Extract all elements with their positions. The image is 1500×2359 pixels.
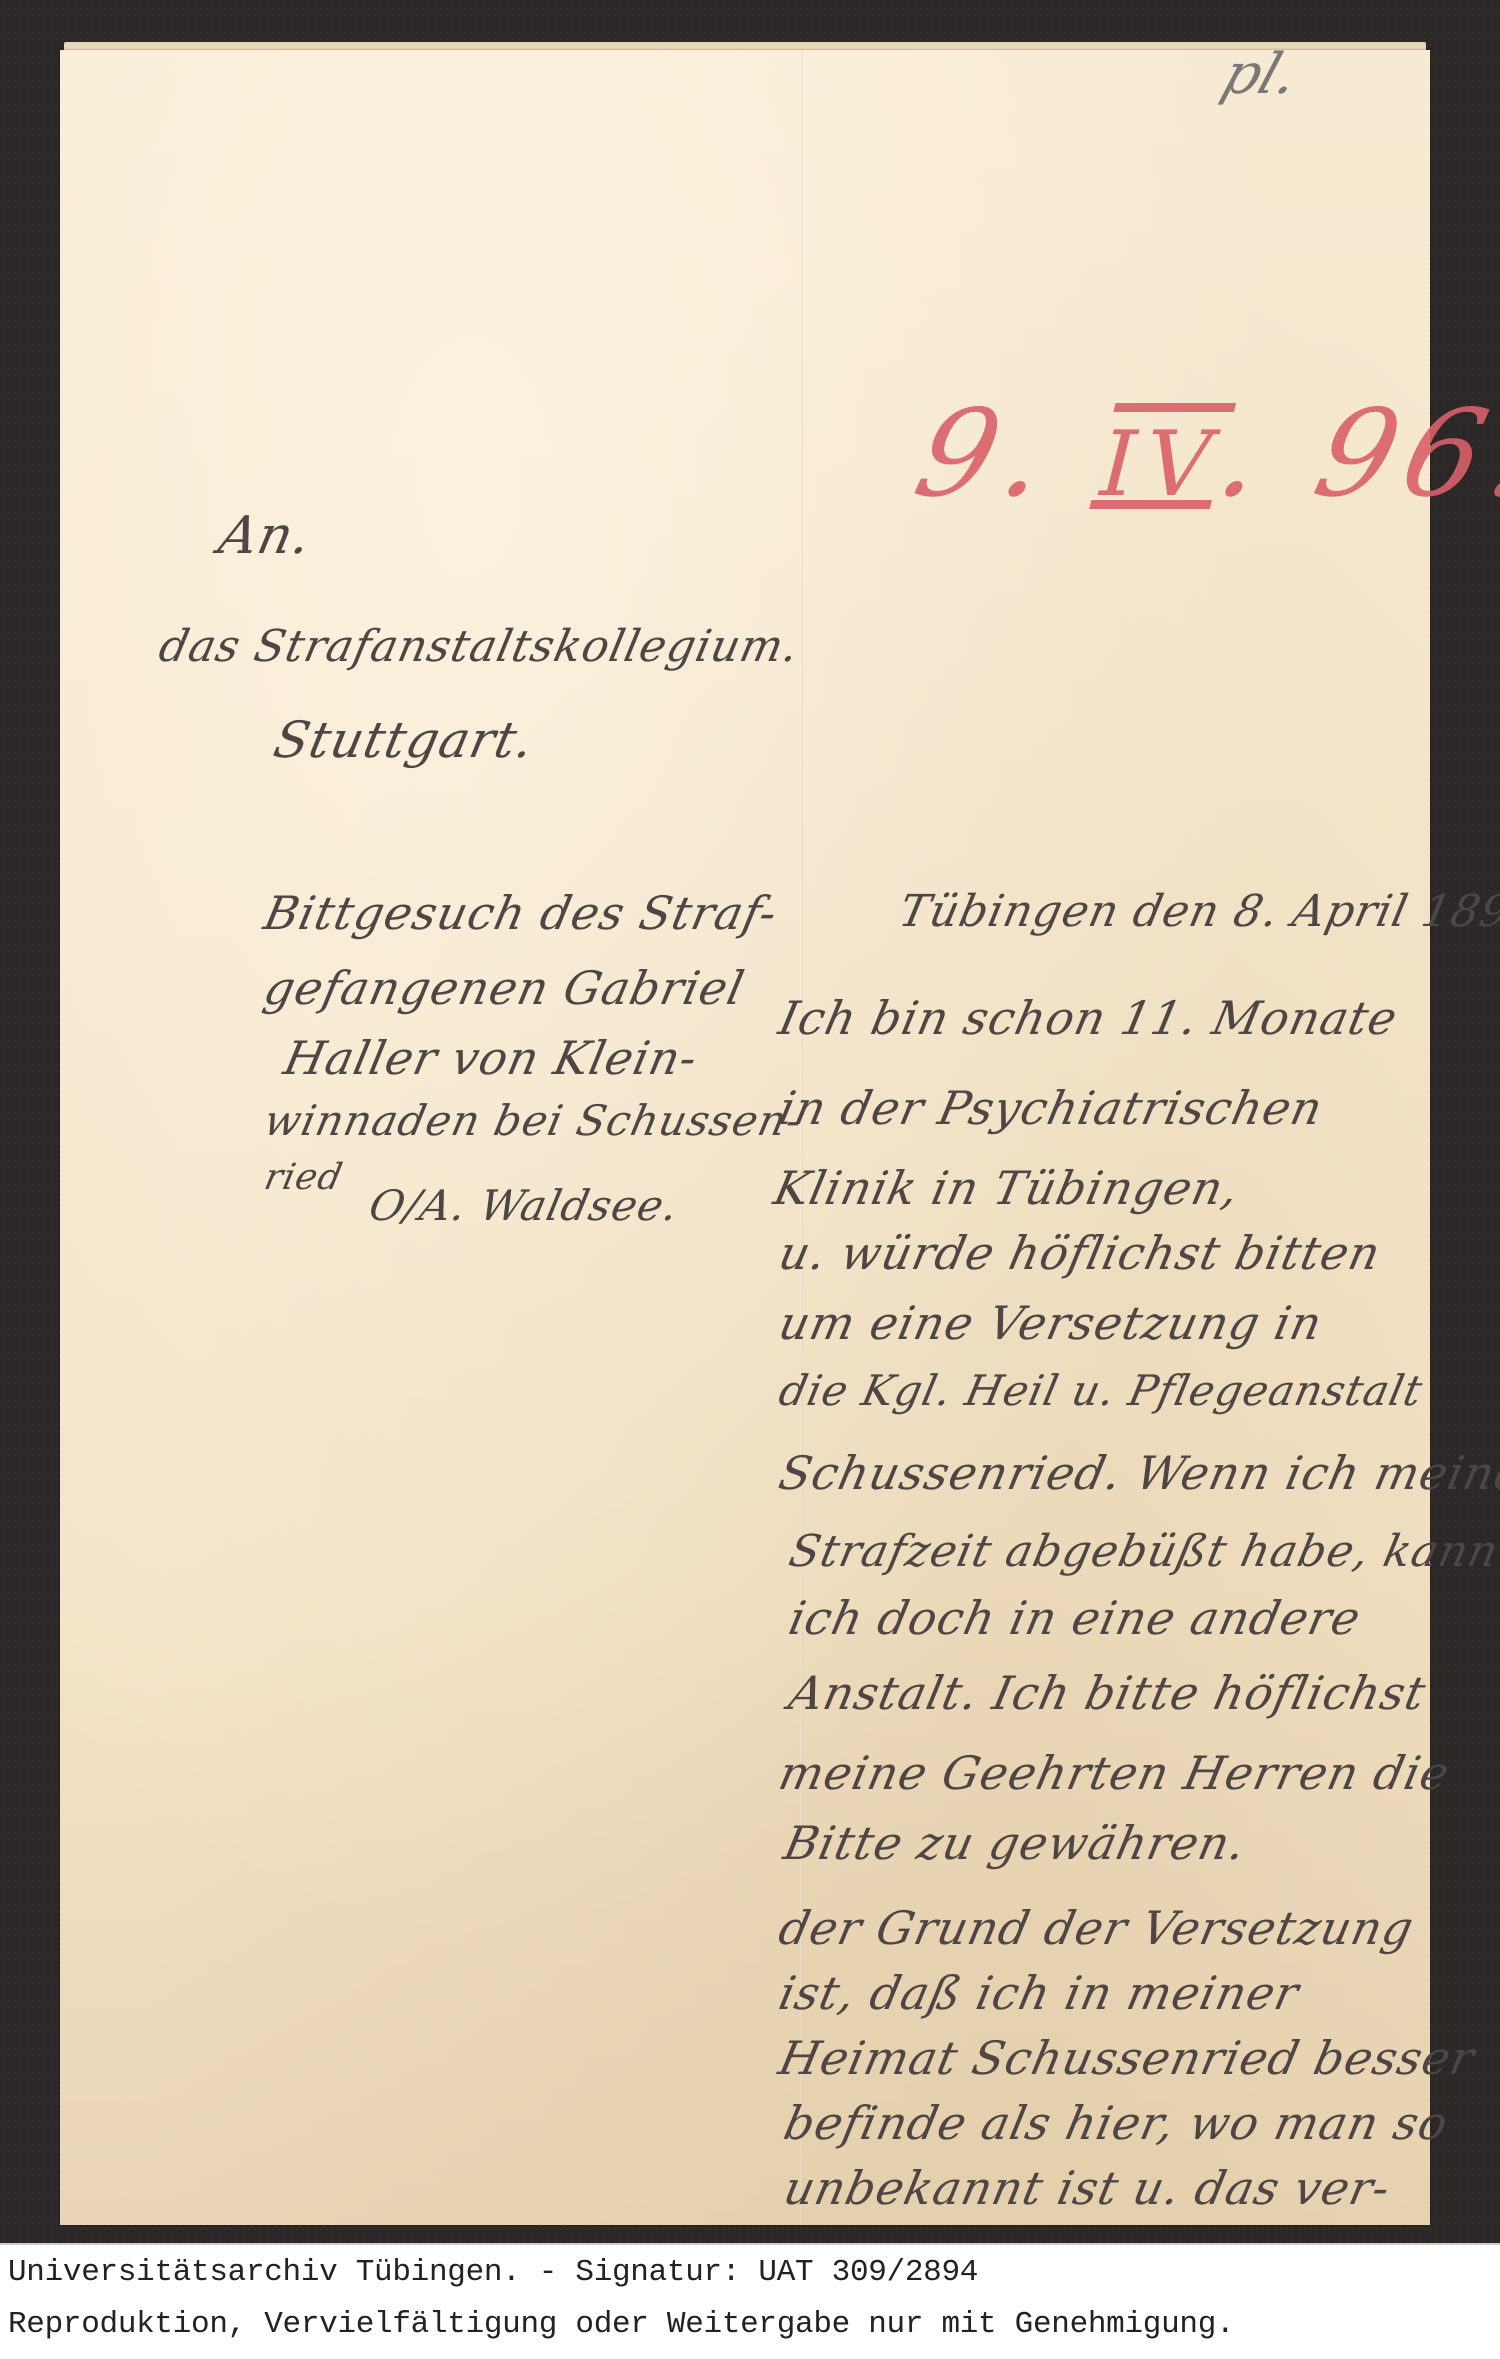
letter-line: Bitte zu gewähren. (780, 1820, 1250, 1866)
subject-line: ried (261, 1160, 346, 1196)
document-page: pl. 9. IV. 96. An. das Strafanstaltskoll… (60, 50, 1430, 2225)
letter-line: Anstalt. Ich bitte höflichst (785, 1670, 1430, 1716)
letter-line: ist, daß ich in meiner (775, 1970, 1303, 2016)
letter-line: Heimat Schussenried besser (775, 2035, 1479, 2081)
subject-line: Bittgesuch des Straf- (260, 890, 781, 936)
letter-line: Strafzeit abgebüßt habe, kann (785, 1530, 1500, 1574)
scan-background: pl. 9. IV. 96. An. das Strafanstaltskoll… (0, 0, 1500, 2243)
subject-line: winnaden bei Schussen- (261, 1100, 807, 1142)
letter-line: u. würde höflichst bitten (775, 1230, 1385, 1276)
letter-line: Klinik in Tübingen, (770, 1165, 1243, 1211)
letter-line: in der Psychiatrischen (775, 1085, 1327, 1131)
letter-line: um eine Versetzung in (775, 1300, 1326, 1346)
date-year: 96. (1302, 385, 1500, 524)
subject-line: Haller von Klein- (280, 1035, 702, 1081)
address-salutation: An. (214, 510, 316, 562)
address-recipient: das Strafanstaltskollegium. (155, 625, 803, 669)
date-day: 9. (903, 385, 1072, 524)
letter-line: Ich bin schon 11. Monate (775, 995, 1402, 1041)
letter-line: meine Geehrten Herren die (775, 1750, 1454, 1796)
letter-line: unbekannt ist u. das ver- (780, 2165, 1394, 2211)
subject-line: O/A. Waldsee. (366, 1185, 683, 1227)
reproduction-notice: Reproduktion, Vervielfältigung oder Weit… (8, 2307, 1234, 2342)
letter-line: die Kgl. Heil u. Pflegeanstalt (776, 1370, 1427, 1412)
letter-line: befinde als hier, wo man so (780, 2100, 1452, 2146)
address-city: Stuttgart. (270, 715, 539, 765)
letter-line: der Grund der Versetzung (775, 1905, 1418, 1951)
pencil-mark: pl. (1214, 42, 1307, 107)
letter-place-date: Tübingen den 8. April 1896. (895, 890, 1500, 934)
letter-line: Schussenried. Wenn ich meine (775, 1450, 1500, 1496)
red-date-stamp: 9. IV. 96. (905, 395, 1500, 515)
subject-line: gefangenen Gabriel (260, 965, 749, 1011)
fold-line (800, 50, 803, 2225)
archive-signature: Universitätsarchiv Tübingen. - Signatur:… (8, 2255, 978, 2290)
letter-line: ich doch in eine andere (785, 1595, 1365, 1641)
archive-caption: Universitätsarchiv Tübingen. - Signatur:… (0, 2243, 1500, 2359)
